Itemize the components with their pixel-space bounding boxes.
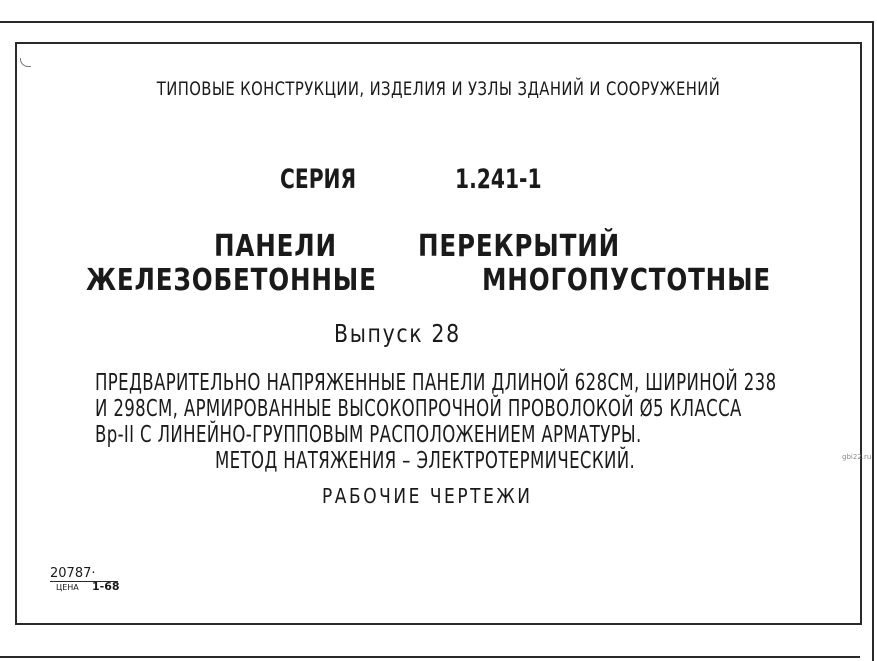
description-line: МЕТОД НАТЯЖЕНИЯ – ЭЛЕКТРОТЕРМИЧЕСКИЙ. <box>215 450 635 473</box>
series-label: СЕРИЯ <box>280 166 356 193</box>
outer-frame-bottom <box>0 656 860 658</box>
stamp-number: 20787· <box>50 567 96 580</box>
title-word-hollow-core: МНОГОПУСТОТНЫЕ <box>482 266 771 296</box>
document-header: ТИПОВЫЕ КОНСТРУКЦИИ, ИЗДЕЛИЯ И УЗЛЫ ЗДАН… <box>96 80 780 99</box>
title-word-floors: ПЕРЕКРЫТИЙ <box>418 232 620 262</box>
description-line: Вр-II С ЛИНЕЙНО-ГРУППОВЫМ РАСПОЛОЖЕНИЕМ … <box>95 424 642 447</box>
watermark: gbi22.ru <box>842 454 871 461</box>
inner-frame-left <box>15 42 17 624</box>
pencil-mark <box>20 58 31 67</box>
document-subtitle: РАБОЧИЕ ЧЕРТЕЖИ <box>322 486 532 506</box>
inner-frame-bottom <box>15 623 862 625</box>
description-line: ПРЕДВАРИТЕЛЬНО НАПРЯЖЕННЫЕ ПАНЕЛИ ДЛИНОЙ… <box>95 372 776 395</box>
outer-frame-right <box>872 21 874 661</box>
price-value: 1-68 <box>92 581 120 592</box>
title-word-panels: ПАНЕЛИ <box>214 232 337 262</box>
description-line: И 298СМ, АРМИРОВАННЫЕ ВЫСОКОПРОЧНОЙ ПРОВ… <box>95 398 742 421</box>
title-word-reinforced-concrete: ЖЕЛЕЗОБЕТОННЫЕ <box>86 266 377 296</box>
inner-frame-right <box>860 42 862 624</box>
issue-number: Выпуск 28 <box>334 321 461 346</box>
price-label: ЦЕНА <box>56 584 79 592</box>
inner-frame-top <box>15 42 862 44</box>
series-number: 1.241-1 <box>455 166 542 193</box>
outer-frame-top <box>0 21 874 23</box>
